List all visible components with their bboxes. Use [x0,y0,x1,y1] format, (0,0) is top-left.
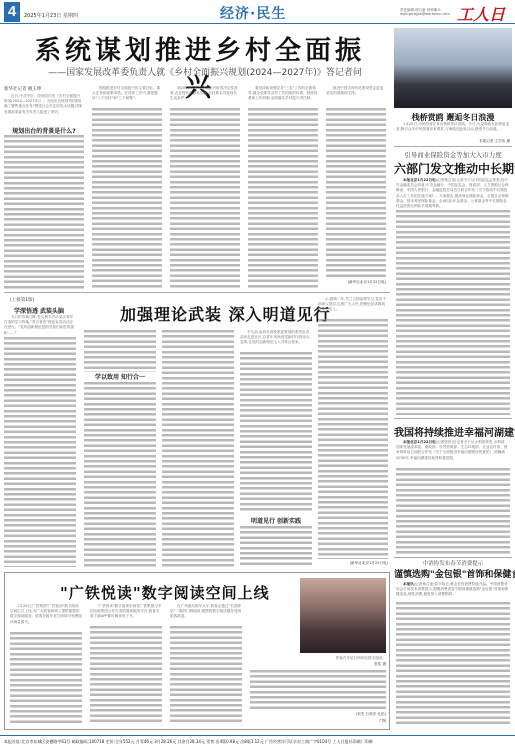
middle-col4-intro: 不久前,由西安高校团委策划的系列宣讲活动走进社区,以青年视角讲述新时代的伟大变革… [240,330,312,350]
story2-headline[interactable]: 我国将持续推进幸福河湖建设 [394,424,512,439]
bottom-col3-intro: 在广州南站候车大厅,旅客正通过"书香驿站"二维码扫码阅读,便捷的数字阅读服务受到… [170,604,242,624]
story3-kicker: 中消协发布春节消费提示 [394,559,512,567]
editor-credits: 责任编辑:邢日新 钟荣娜 E-mail:grrbjjzk@workercn.co… [400,8,460,16]
lead-subheadline: ——国家发展改革委负责人就《乡村全面振兴规划(2024—2027年)》答记者问 [45,65,365,78]
bottom-credit: (宋杰 石荣洋 孔佑) [250,712,386,717]
lead-byline: 新华社记者 姚玉坤 [4,86,41,92]
lead-question-1: 规划出台的背景是什么? [4,126,84,135]
bottom-col2-intro: "广铁悦读"数字阅读空间是广铁集团与中国出版集团合作打造的阅读服务平台,旅客无需… [90,604,162,624]
lead-col5-intro: 推进中国式现代化建设奠定更加坚实的基础和支撑。 [326,86,386,106]
digital-reading-photo[interactable] [300,578,386,653]
middle-body-col4 [240,352,312,512]
bottom-headline[interactable]: "广铁悦读"数字阅读空间上线 [60,582,270,603]
photo-story-text: 1月20日,市民游客在青岛栈桥景区赏鸥。冬日,大量海鸥在此停留觅食,吸引众多市民… [396,122,510,138]
bottom-credit-2: 广陶 [250,719,386,724]
story1-headline[interactable]: 六部门发文推动中长期资金入市 [394,160,512,177]
lead-source: (新华社北京1月22日电) [326,280,386,285]
story2-lead: 本报北京1月22日电(记者张世光)记者今天从水利部获悉,水利部、国家发展改革委、… [396,440,510,466]
story1-body [396,210,510,415]
bottom-lead: 1月20日,广铁集团"广铁悦读"数字阅读空间正式上线,为广大旅客和职工提供便捷的… [10,604,82,630]
seagull-photo[interactable] [394,28,512,108]
lead-col2-intro: 围绕推进乡村全面振兴的主要目标、重点任务和政策举措。在具体工作中,要把握好"八个… [92,86,162,106]
story2-body [396,468,510,554]
story3-lead: 本报讯(记者杨召奎)春节临近,黄金首饰消费持续升温。中国消费者协会日前发布消费提… [396,582,510,600]
middle-lead: 冬日的雪域江畔,在乌鲁木齐市某区青年打造的学习阵地,"青言青语"理论宣讲活动正在… [4,315,76,335]
middle-body-col5 [318,319,388,559]
page-footer: 本报社址:北京市东城区安德路甲61号 邮政编码:100718 定价:全年552元… [0,735,515,748]
lead-body-col4 [248,108,318,290]
middle-source: (新华社北京1月22日电) [318,561,388,566]
story3-headline[interactable]: 谨慎选购"金包银"首饰和保健食品 [394,567,512,580]
photo-story-credit: 本报记者 王学玮 摄 [396,139,510,144]
story3-body [396,602,510,727]
lead-intro: 近日,中共中央、国务院印发《乡村全面振兴规划(2024—2027年)》。为何出台… [4,94,84,124]
divider [394,418,512,419]
middle-col5-intro: 示,感到一年,马兰公园参观学习,党员干部深入基层,扎根广大人民,把理论宣讲做到群… [318,297,388,317]
story1-lead: 本报北京1月22日电(记者杨召奎)记者今天从中国证监会获悉,经中央金融委员会同意… [396,178,510,208]
issue-date: 2025年1月23日 星期四 [24,12,78,19]
lead-body-col1 [4,135,84,290]
middle-sub1: 学深悟透 武装头脑 [4,306,74,315]
divider [4,292,390,293]
middle-body-col2 [84,330,156,567]
section-title: 经济·民生 [220,3,286,23]
middle-headline[interactable]: 加强理论武装 深入明道见行 [120,302,331,325]
lead-col3-intro: 到2035年,乡村全面振兴取得决定性进展,农业现代化基本实现,农村基本具备现代生… [170,86,240,106]
middle-continued-note: (上接第1版) [10,297,34,303]
divider [394,146,512,147]
middle-sub3: 明道见行 创新实践 [240,516,312,525]
page-number: 4 [4,2,20,22]
divider [394,557,512,558]
middle-body-col3 [162,330,234,567]
middle-body-col4b [240,526,312,567]
lead-col4-intro: 要坚持和加强党对"三农"工作的全面领导,健全党领导农村工作的组织体系、制度体系和… [248,86,318,106]
lead-body-col3 [170,108,240,290]
bottom-body-col4 [250,670,386,710]
story1-kicker: 引导商业保险资金等加大入市力度 [394,150,512,159]
lead-body-col5 [326,108,386,278]
middle-body-col1 [4,337,76,567]
bottom-body-col3 [170,626,242,724]
bottom-body-col1 [10,632,82,724]
bottom-photo-credit: 张奕 摄 [250,662,386,667]
middle-sub2: 学以致用 知行合一 [84,372,156,381]
lead-body-col2 [92,108,162,290]
bottom-body-col2 [90,626,162,724]
